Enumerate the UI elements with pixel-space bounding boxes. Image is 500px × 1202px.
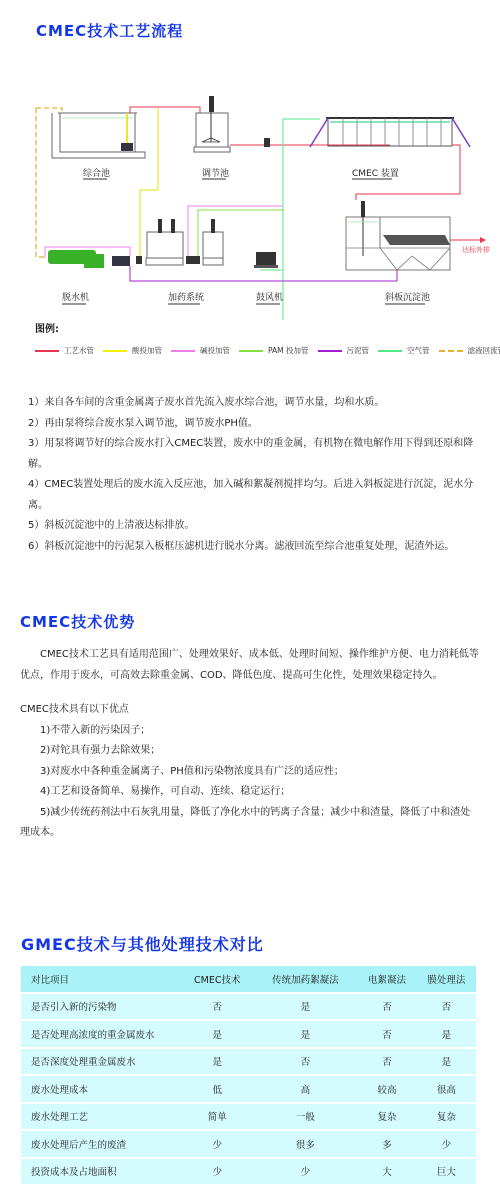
legend-item-pam: PAM 投加管 xyxy=(239,345,309,356)
line-swatch-icon xyxy=(103,350,127,352)
table-row: 废水处理后产生的废渣少很多多少 xyxy=(21,1130,476,1158)
advantages-intro: CMEC技术工艺具有适用范围广、处理效果好、成本低、处理时间短、操作维护方便、电… xyxy=(20,645,480,686)
comparison-table: 对比项目 CMEC技术 传统加药絮凝法 电絮凝法 膜处理法 是否引入新的污染物否… xyxy=(21,966,476,1184)
legend-item-acid: 酸投加管 xyxy=(103,345,162,356)
legend: 工艺水管 酸投加管 碱投加管 PAM 投加管 污泥管 空气管 滤液回流管 xyxy=(35,345,495,356)
header-membrane: 膜处理法 xyxy=(417,966,476,993)
label-dewatering-machine: 脱水机 xyxy=(62,291,89,303)
process-step: 5）斜板沉淀池中的上清液达标排放。 xyxy=(28,516,478,537)
line-swatch-icon xyxy=(239,350,263,352)
advantage-item: 4)工艺和设备简单、易操作，可自动、连续、稳定运行； xyxy=(20,782,480,803)
legend-item-filtrate: 滤液回流管 xyxy=(439,345,500,356)
advantages-list-title: CMEC技术具有以下优点 xyxy=(20,700,480,721)
table-row: 是否处理高浓度的重金属废水是是否是 xyxy=(21,1020,476,1048)
section-title-process: CMEC技术工艺流程 xyxy=(36,20,183,41)
line-swatch-icon xyxy=(171,350,195,352)
inclined-settler-icon xyxy=(346,201,450,270)
process-step: 1）来自各车间的含重金属离子废水首先流入废水综合池，调节水量，均和水质。 xyxy=(28,393,478,414)
discharge-label: 达标外排 xyxy=(462,245,490,254)
table-row: 废水处理成本低高较高很高 xyxy=(21,1075,476,1103)
legend-item-sludge: 污泥管 xyxy=(318,345,370,356)
line-swatch-icon xyxy=(378,350,402,352)
process-step: 6）斜板沉淀池中的污泥泵入板框压滤机进行脱水分离。滤液回流至综合池重复处理，泥渣… xyxy=(28,537,478,558)
line-swatch-icon xyxy=(35,350,59,352)
label-dosing-system: 加药系统 xyxy=(168,291,204,303)
label-regulating-tank: 调节池 xyxy=(202,167,229,179)
dosing-system-icon xyxy=(136,219,223,265)
table-row: 废水处理工艺简单一般复杂复杂 xyxy=(21,1103,476,1131)
process-flow-diagram: 达标外排 综合池 调节池 CMEC 装置 脱水机 加药系统 鼓风机 斜板沉淀池 xyxy=(0,80,500,320)
label-composite-tank: 综合池 xyxy=(83,167,110,179)
pump-icon xyxy=(264,138,270,147)
legend-title: 图例: xyxy=(35,320,59,335)
section-title-advantages: CMEC技术优势 xyxy=(20,611,135,632)
label-inclined-settler: 斜板沉淀池 xyxy=(385,291,430,303)
table-row: 是否引入新的污染物否是否否 xyxy=(21,993,476,1021)
advantage-item: 2)对铊具有强力去除效果； xyxy=(20,741,480,762)
header-item: 对比项目 xyxy=(21,966,181,993)
cmec-device-icon xyxy=(310,118,470,147)
header-cmec: CMEC技术 xyxy=(181,966,254,993)
process-step: 2）再由泵将综合废水泵入调节池，调节废水PH值。 xyxy=(28,414,478,435)
advantage-item: 1)不带入新的污染因子； xyxy=(20,721,480,742)
dashed-line-swatch-icon xyxy=(439,350,463,352)
table-row: 是否深度处理重金属废水是否否是 xyxy=(21,1048,476,1076)
composite-tank-icon xyxy=(52,113,145,158)
legend-item-process-water: 工艺水管 xyxy=(35,345,94,356)
legend-item-alkali: 碱投加管 xyxy=(171,345,230,356)
legend-item-air: 空气管 xyxy=(378,345,430,356)
table-row: 投资成本及占地面积少少大巨大 xyxy=(21,1158,476,1185)
regulating-tank-icon xyxy=(194,96,230,152)
line-swatch-icon xyxy=(318,350,342,352)
dewatering-machine-icon xyxy=(48,250,130,268)
blower-icon xyxy=(254,252,278,268)
process-step: 3）用泵将调节好的综合废水打入CMEC装置，废水中的重金属，有机物在微电解作用下… xyxy=(28,434,478,475)
header-traditional: 传统加药絮凝法 xyxy=(254,966,358,993)
process-step: 4）CMEC装置处理后的废水流入反应池，加入碱和絮凝剂搅拌均匀。后进入斜板淀进行… xyxy=(28,475,478,516)
label-cmec-device: CMEC 装置 xyxy=(352,167,399,179)
header-electrocoagulation: 电絮凝法 xyxy=(357,966,416,993)
label-blower: 鼓风机 xyxy=(256,291,283,303)
process-steps: 1）来自各车间的含重金属离子废水首先流入废水综合池，调节水量，均和水质。 2）再… xyxy=(28,393,478,557)
advantages-block: CMEC技术工艺具有适用范围广、处理效果好、成本低、处理时间短、操作维护方便、电… xyxy=(20,645,480,844)
advantage-item: 3)对废水中各种重金属离子、PH值和污染物浓度具有广泛的适应性； xyxy=(20,762,480,783)
section-title-comparison: GMEC技术与其他处理技术对比 xyxy=(21,932,264,955)
advantage-item: 5)减少传统药剂法中石灰乳用量，降低了净化水中的钙离子含量；减少中和渣量，降低了… xyxy=(20,803,480,844)
table-header-row: 对比项目 CMEC技术 传统加药絮凝法 电絮凝法 膜处理法 xyxy=(21,966,476,993)
